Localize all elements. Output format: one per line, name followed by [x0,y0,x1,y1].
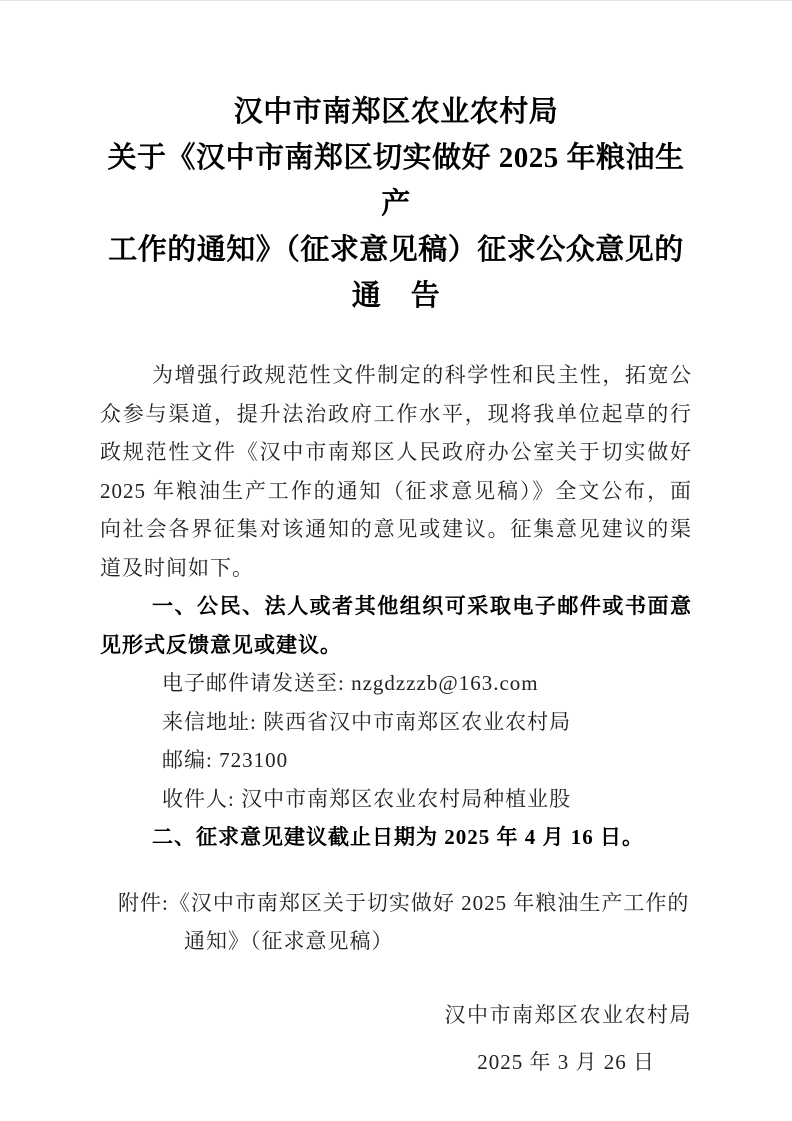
contact-info: 电子邮件请发送至: nzgdzzzb@163.com 来信地址: 陕西省汉中市南… [100,664,692,818]
title-line-subject-2: 工作的通知》（征求意见稿）征求公众意见的 [100,227,692,273]
email-line: 电子邮件请发送至: nzgdzzzb@163.com [100,664,692,703]
intro-line: 政规范性文件《汉中市南郑区人民政府办公室关于切实做好 [100,433,692,472]
item-1-line: 一、公民、法人或者其他组织可采取电子邮件或书面意 [100,587,692,626]
signature: 汉中市南郑区农业农村局 2025 年 3 月 26 日 [100,996,692,1082]
paragraph-item-1: 一、公民、法人或者其他组织可采取电子邮件或书面意 见形式反馈意见或建议。 [100,587,692,664]
intro-line: 道及时间如下。 [100,549,692,588]
document-page: 汉中市南郑区农业农村局 关于《汉中市南郑区切实做好 2025 年粮油生产 工作的… [0,0,792,1121]
intro-line: 向社会各界征集对该通知的意见或建议。征集意见建议的渠 [100,510,692,549]
paragraph-item-2: 二、征求意见建议截止日期为 2025 年 4 月 16 日。 [100,818,692,857]
item-1-line: 见形式反馈意见或建议。 [100,626,692,665]
attachment-line-1: 附件:《汉中市南郑区关于切实做好 2025 年粮油生产工作的 [100,884,692,923]
intro-line: 为增强行政规范性文件制定的科学性和民主性，拓宽公 [100,356,692,395]
intro-line: 众参与渠道，提升法治政府工作水平，现将我单位起草的行 [100,395,692,434]
document-title: 汉中市南郑区农业农村局 关于《汉中市南郑区切实做好 2025 年粮油生产 工作的… [100,89,692,319]
recipient-line: 收件人: 汉中市南郑区农业农村局种植业股 [100,780,692,819]
deadline-line: 二、征求意见建议截止日期为 2025 年 4 月 16 日。 [100,818,692,857]
signature-organization: 汉中市南郑区农业农村局 [100,996,692,1035]
paragraph-intro: 为增强行政规范性文件制定的科学性和民主性，拓宽公 众参与渠道，提升法治政府工作水… [100,356,692,587]
title-line-issuer: 汉中市南郑区农业农村局 [100,89,692,135]
title-line-subject-1: 关于《汉中市南郑区切实做好 2025 年粮油生产 [100,135,692,227]
attachment: 附件:《汉中市南郑区关于切实做好 2025 年粮油生产工作的 通知》（征求意见稿… [100,884,692,961]
attachment-line-2: 通知》（征求意见稿） [100,922,692,961]
signature-date: 2025 年 3 月 26 日 [100,1043,692,1082]
mailing-address-line: 来信地址: 陕西省汉中市南郑区农业农村局 [100,703,692,742]
document-body: 为增强行政规范性文件制定的科学性和民主性，拓宽公 众参与渠道，提升法治政府工作水… [100,356,692,857]
intro-line: 2025 年粮油生产工作的通知（征求意见稿）》全文公布，面 [100,472,692,511]
postcode-line: 邮编: 723100 [100,741,692,780]
title-line-notice-type: 通 告 [100,273,692,319]
